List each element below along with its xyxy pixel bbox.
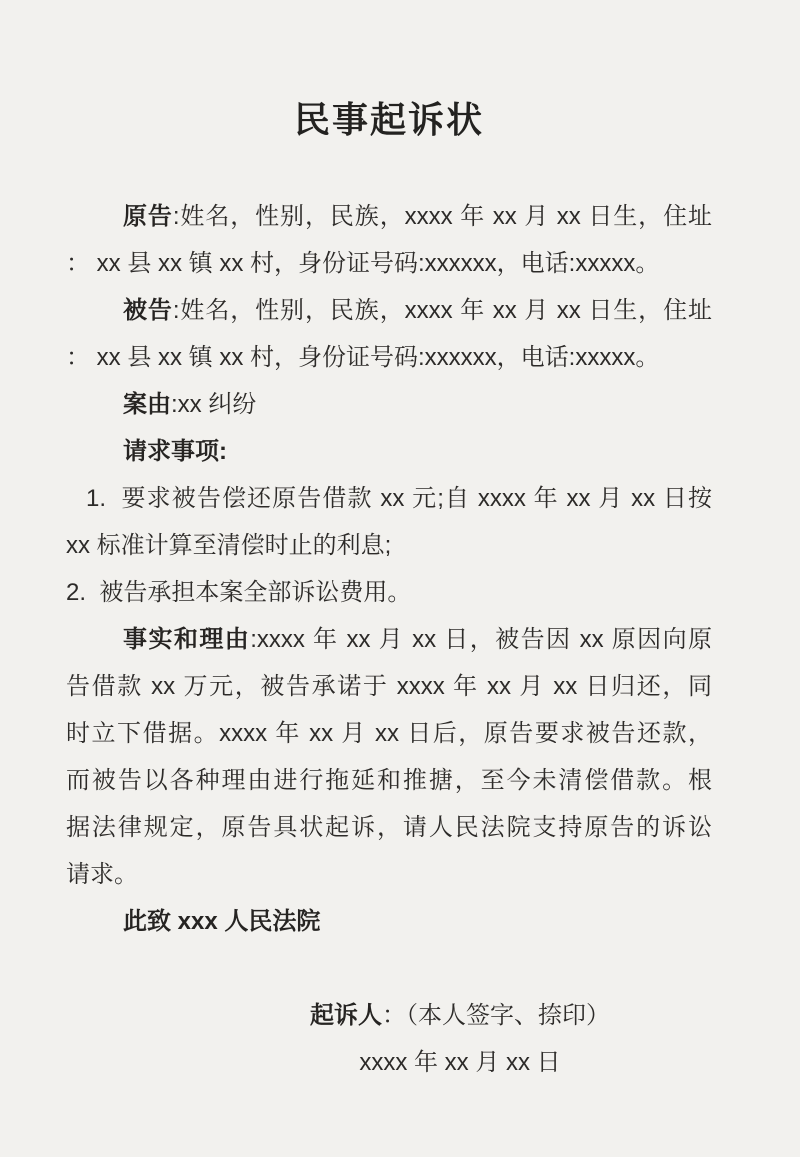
document-title: 民事起诉状 [66,100,712,140]
signature-line: 起诉人：（本人签字、捺印） [310,992,610,1039]
facts-line-1: 事实和理由:xxxx 年 xx 月 xx 日，被告因 xx 原因向原 [66,616,712,663]
defendant-line-1-text: :姓名，性别，民族，xxxx 年 xx 月 xx 日生，住址 [173,297,712,324]
claims-heading-label: 请求事项: [123,438,227,465]
defendant-line-1: 被告:姓名，性别，民族，xxxx 年 xx 月 xx 日生，住址 [66,287,712,334]
cause-text: :xx 纠纷 [171,391,256,418]
plaintiff-label: 原告 [123,203,173,230]
cause-label: 案由 [123,391,171,418]
facts-line-1-text: :xxxx 年 xx 月 xx 日，被告因 xx 原因向原 [250,626,712,653]
document-page: 民事起诉状 原告:姓名，性别，民族，xxxx 年 xx 月 xx 日生，住址 ：… [0,0,800,1157]
defendant-line-2: ： xx 县 xx 镇 xx 村，身份证号码:xxxxxx，电话:xxxxx。 [66,334,712,381]
cause-line: 案由:xx 纠纷 [66,381,712,428]
facts-line-6: 请求。 [66,851,712,898]
date-line: xxxx 年 xx 月 xx 日 [310,1039,610,1086]
defendant-label: 被告 [123,297,173,324]
signature-label: 起诉人 [310,1002,382,1029]
salutation-text: 此致 xxx 人民法院 [123,908,320,935]
claim-item-2: 2. 被告承担本案全部诉讼费用。 [66,569,712,616]
facts-label: 事实和理由 [123,626,250,653]
facts-line-2: 告借款 xx 万元，被告承诺于 xxxx 年 xx 月 xx 日归还，同 [66,663,712,710]
plaintiff-line-1-text: :姓名，性别，民族，xxxx 年 xx 月 xx 日生，住址 [173,203,712,230]
facts-line-3: 时立下借据。xxxx 年 xx 月 xx 日后，原告要求被告还款， [66,710,712,757]
signature-text: ：（本人签字、捺印） [382,1002,610,1029]
facts-line-5: 据法律规定，原告具状起诉，请人民法院支持原告的诉讼 [66,804,712,851]
signature-block: 起诉人：（本人签字、捺印） xxxx 年 xx 月 xx 日 [310,992,610,1086]
claims-heading: 请求事项: [66,428,712,475]
claim-item-1-line-1: 1. 要求被告偿还原告借款 xx 元;自 xxxx 年 xx 月 xx 日按 [66,475,712,522]
claim-item-1-line-2: xx 标准计算至清偿时止的利息; [66,522,712,569]
salutation-line: 此致 xxx 人民法院 [66,898,712,945]
spacer [66,945,712,992]
plaintiff-line-2: ： xx 县 xx 镇 xx 村，身份证号码:xxxxxx，电话:xxxxx。 [66,240,712,287]
document-body: 原告:姓名，性别，民族，xxxx 年 xx 月 xx 日生，住址 ： xx 县 … [66,193,712,945]
facts-line-4: 而被告以各种理由进行拖延和推搪，至今未清偿借款。根 [66,757,712,804]
plaintiff-line-1: 原告:姓名，性别，民族，xxxx 年 xx 月 xx 日生，住址 [66,193,712,240]
